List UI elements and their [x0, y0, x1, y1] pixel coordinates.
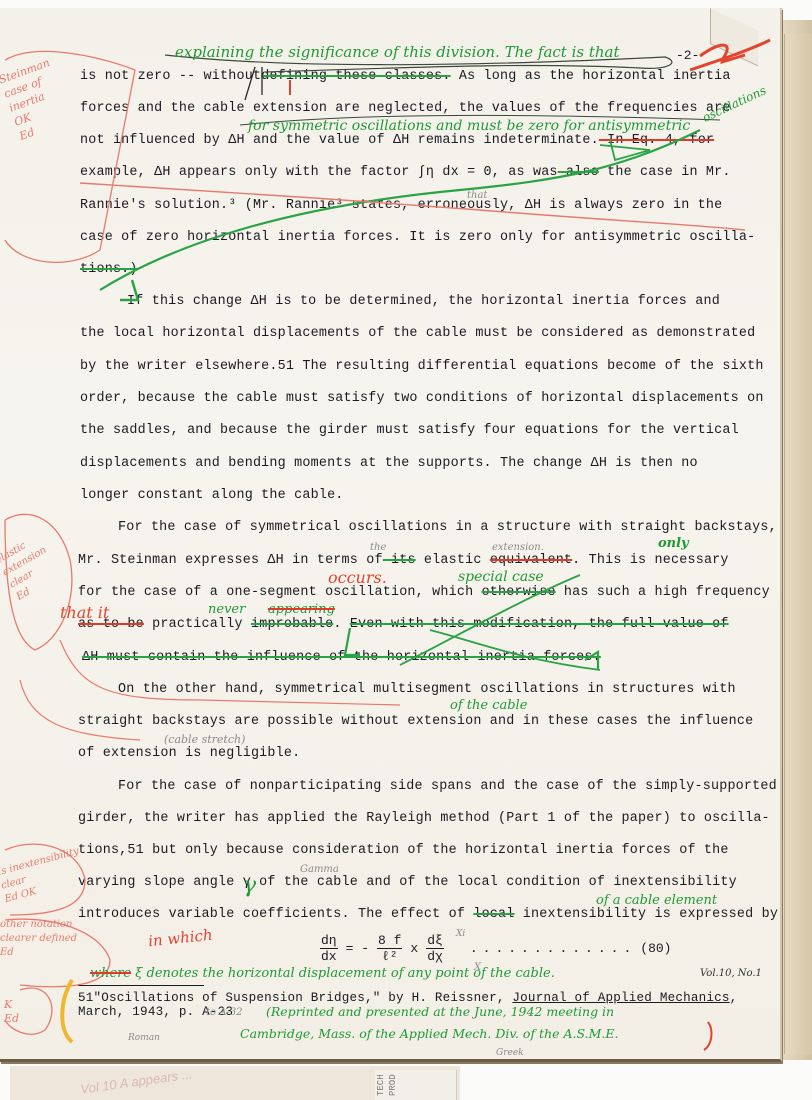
body-line-1: is not zero -- withoutdefining these cla…: [80, 69, 731, 85]
page-number: -2-: [676, 48, 699, 63]
struck-where: where: [90, 966, 131, 981]
red-that-it: that it: [60, 605, 109, 621]
footnote-marker: 51: [78, 991, 94, 1005]
equation-number: (80): [640, 941, 671, 956]
text-segment: As long as the horizontal inertia: [451, 69, 731, 84]
equation-80: dη dx = - 8 f ℓ² x dξ dχ ............. (…: [316, 933, 671, 964]
fraction-rhs: dξ dχ: [426, 933, 444, 964]
green-insert-line2: for symmetric oscillations and must be z…: [248, 118, 690, 134]
body-line-21: straight backstays are possible without …: [78, 714, 753, 730]
journal-title: Journal of Applied Mechanics: [512, 991, 729, 1005]
body-line-6: case of zero horizontal inertia forces. …: [80, 230, 755, 246]
body-line-20: On the other hand, symmetrical multisegm…: [118, 682, 736, 698]
green-reprinted-2: Cambridge, Mass. of the Applied Mech. Di…: [240, 1026, 618, 1042]
margin-text: Ed: [0, 946, 77, 960]
paper-stack-edge-2: [784, 34, 812, 1054]
times-sign: x: [410, 941, 418, 956]
margin-text: K: [4, 998, 19, 1012]
pencil-roman: Roman: [128, 1030, 160, 1046]
margin-text: clearer defined: [0, 932, 77, 946]
body-line-9: the local horizontal displacements of th…: [80, 326, 755, 342]
fraction-lhs: dη dx: [320, 933, 338, 964]
body-line-4: example, ΔH appears only with the factor…: [80, 165, 731, 181]
denominator: dx: [321, 949, 337, 964]
body-line-22: of extension is negligible.: [78, 746, 300, 762]
pencil-vol: Vol.10, No.1: [700, 966, 762, 982]
margin-note-k: K Ed: [4, 998, 19, 1026]
body-line-25: tions,51 but only because consideration …: [78, 843, 729, 859]
body-line-18: as to be practically improbable. Even wi…: [78, 617, 729, 633]
green-of-a-cable-element: of a cable element: [596, 893, 717, 909]
text-segment: the case in Mr.: [599, 165, 731, 180]
text-segment: for the case of a one-segment oscillatio…: [78, 585, 482, 600]
struck-text: otherwise: [482, 585, 556, 600]
pencil-that: that: [467, 188, 487, 204]
body-line-15: For the case of symmetrical oscillations…: [118, 520, 777, 536]
body-line-17: for the case of a one-segment oscillatio…: [78, 585, 770, 601]
footnote-text: "Oscillations of Suspension Bridges," by…: [94, 991, 513, 1005]
green-xi-denotes: ξ denotes the horizontal displacement of…: [135, 966, 555, 981]
footnote-rule: [78, 985, 204, 986]
green-where-line: where ξ denotes the horizontal displacem…: [90, 966, 555, 982]
body-line-2: forces and the cable extension are negle…: [80, 101, 731, 117]
numerator: dη: [320, 933, 338, 949]
pencil-greek: Greek: [496, 1045, 524, 1061]
text-segment: elastic: [416, 553, 490, 568]
text-segment: . This is necessary: [572, 553, 728, 568]
body-line-7: tions.): [80, 262, 138, 278]
denominator: ℓ²: [382, 949, 398, 964]
struck-text: tions.): [80, 262, 138, 277]
footnote-line-1: 51"Oscillations of Suspension Bridges," …: [78, 991, 737, 1005]
green-appearing: appearing: [268, 602, 335, 618]
body-line-24: girder, the writer has applied the Rayle…: [78, 811, 770, 827]
struck-text: its: [383, 553, 416, 568]
green-insert-top: explaining the significance of this divi…: [175, 44, 620, 60]
body-line-11: order, because the cable must satisfy tw…: [80, 391, 764, 407]
body-line-26: varying slope angle γ of the cable and o…: [78, 875, 737, 891]
fraction-coef: 8 f ℓ²: [377, 933, 402, 964]
equals-sign: = -: [346, 941, 369, 956]
text-segment: practically: [144, 617, 251, 632]
body-line-23: For the case of nonparticipating side sp…: [118, 779, 777, 795]
body-line-13: displacements and bending moments at the…: [80, 456, 698, 472]
denominator: dχ: [427, 949, 443, 964]
green-never: never: [208, 602, 245, 618]
body-line-12: the saddles, and because the girder must…: [80, 423, 739, 439]
numerator: 8 f: [377, 933, 402, 949]
pencil-x: X: [474, 960, 481, 976]
text-segment: .: [333, 617, 349, 632]
pencil-extension: extension.: [492, 540, 544, 556]
margin-text: other notation: [0, 918, 77, 932]
green-reprinted-1: (Reprinted and presented at the June, 19…: [266, 1004, 614, 1020]
pencil-to-a32: to A-32: [206, 1005, 243, 1021]
text-segment: introduces variable coefficients. The ef…: [78, 907, 473, 922]
text-segment: inextensibility is expressed by: [515, 907, 779, 922]
struck-text: Even with this modification, the full va…: [350, 617, 729, 632]
pencil-cable-stretch: (cable stretch): [164, 732, 245, 748]
text-segment: Mr. Steinman expresses ΔH in terms of: [78, 553, 383, 568]
green-special-case: special case: [458, 569, 544, 585]
struck-text: defining these classes.: [261, 69, 450, 84]
green-only: only: [658, 536, 689, 552]
body-line-3: not influenced by ΔH and the value of ΔH…: [80, 133, 714, 149]
numerator: dξ: [426, 933, 444, 949]
body-line-14: longer constant along the cable.: [80, 488, 344, 504]
struck-text: In Eq. 4, for: [599, 133, 714, 148]
body-line-19: ΔH must contain the influence of the hor…: [82, 650, 601, 666]
body-line-27: introduces variable coefficients. The ef…: [78, 907, 778, 923]
text-segment: is not zero -- without: [80, 69, 261, 84]
text-segment: has such a high frequency: [556, 585, 770, 600]
footnote-text: ,: [730, 991, 738, 1005]
struck-text: ΔH must contain the influence of the hor…: [82, 650, 601, 665]
text-segment: example, ΔH appears only with the factor…: [80, 165, 558, 180]
margin-text: Ed: [4, 1012, 19, 1026]
green-of-the-cable: of the cable: [450, 698, 527, 714]
underlying-sheet-tab: TECH PROD: [375, 1070, 457, 1100]
struck-text: local: [473, 907, 514, 922]
red-occurs: occurs.: [328, 570, 387, 586]
body-line-8: If this change ΔH is to be determined, t…: [127, 294, 720, 310]
body-line-5: Rannie's solution.³ (Mr. Rannie³ states,…: [80, 198, 722, 214]
struck-text: also: [558, 165, 599, 180]
body-line-10: by the writer elsewhere.51 The resulting…: [80, 359, 764, 375]
leader-dots: .............: [470, 941, 636, 956]
struck-text: improbable: [251, 617, 333, 632]
pencil-gamma: Gamma: [300, 862, 339, 878]
pencil-xi: Xi: [456, 926, 465, 942]
body-line-16: Mr. Steinman expresses ΔH in terms of it…: [78, 553, 729, 569]
text-segment: not influenced by ΔH and the value of ΔH…: [80, 133, 599, 148]
margin-note-notation: other notation clearer defined Ed: [0, 918, 77, 960]
pencil-the: the: [370, 540, 386, 556]
